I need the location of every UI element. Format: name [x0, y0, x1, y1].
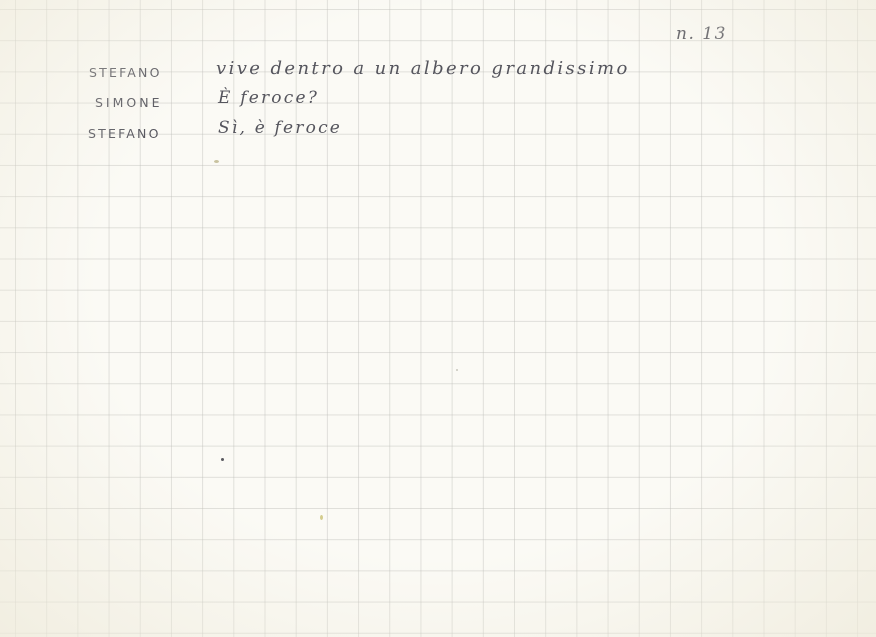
dialogue-text: È feroce?: [218, 88, 319, 108]
paper-speck: [214, 160, 219, 163]
ink-dot: [221, 458, 224, 461]
dialogue-text: Sì, è feroce: [218, 118, 342, 138]
grid-paper-sheet: n. 13 STEFANO vive dentro a un albero gr…: [0, 0, 876, 637]
paper-speck: [456, 369, 458, 371]
speaker-name: SIMONE: [95, 95, 163, 110]
paper-speck: [320, 515, 323, 520]
dialogue-text: vive dentro a un albero grandissimo: [216, 58, 630, 79]
speaker-name: STEFANO: [88, 126, 161, 141]
page-number: n. 13: [676, 24, 727, 44]
speaker-name: STEFANO: [89, 65, 162, 80]
